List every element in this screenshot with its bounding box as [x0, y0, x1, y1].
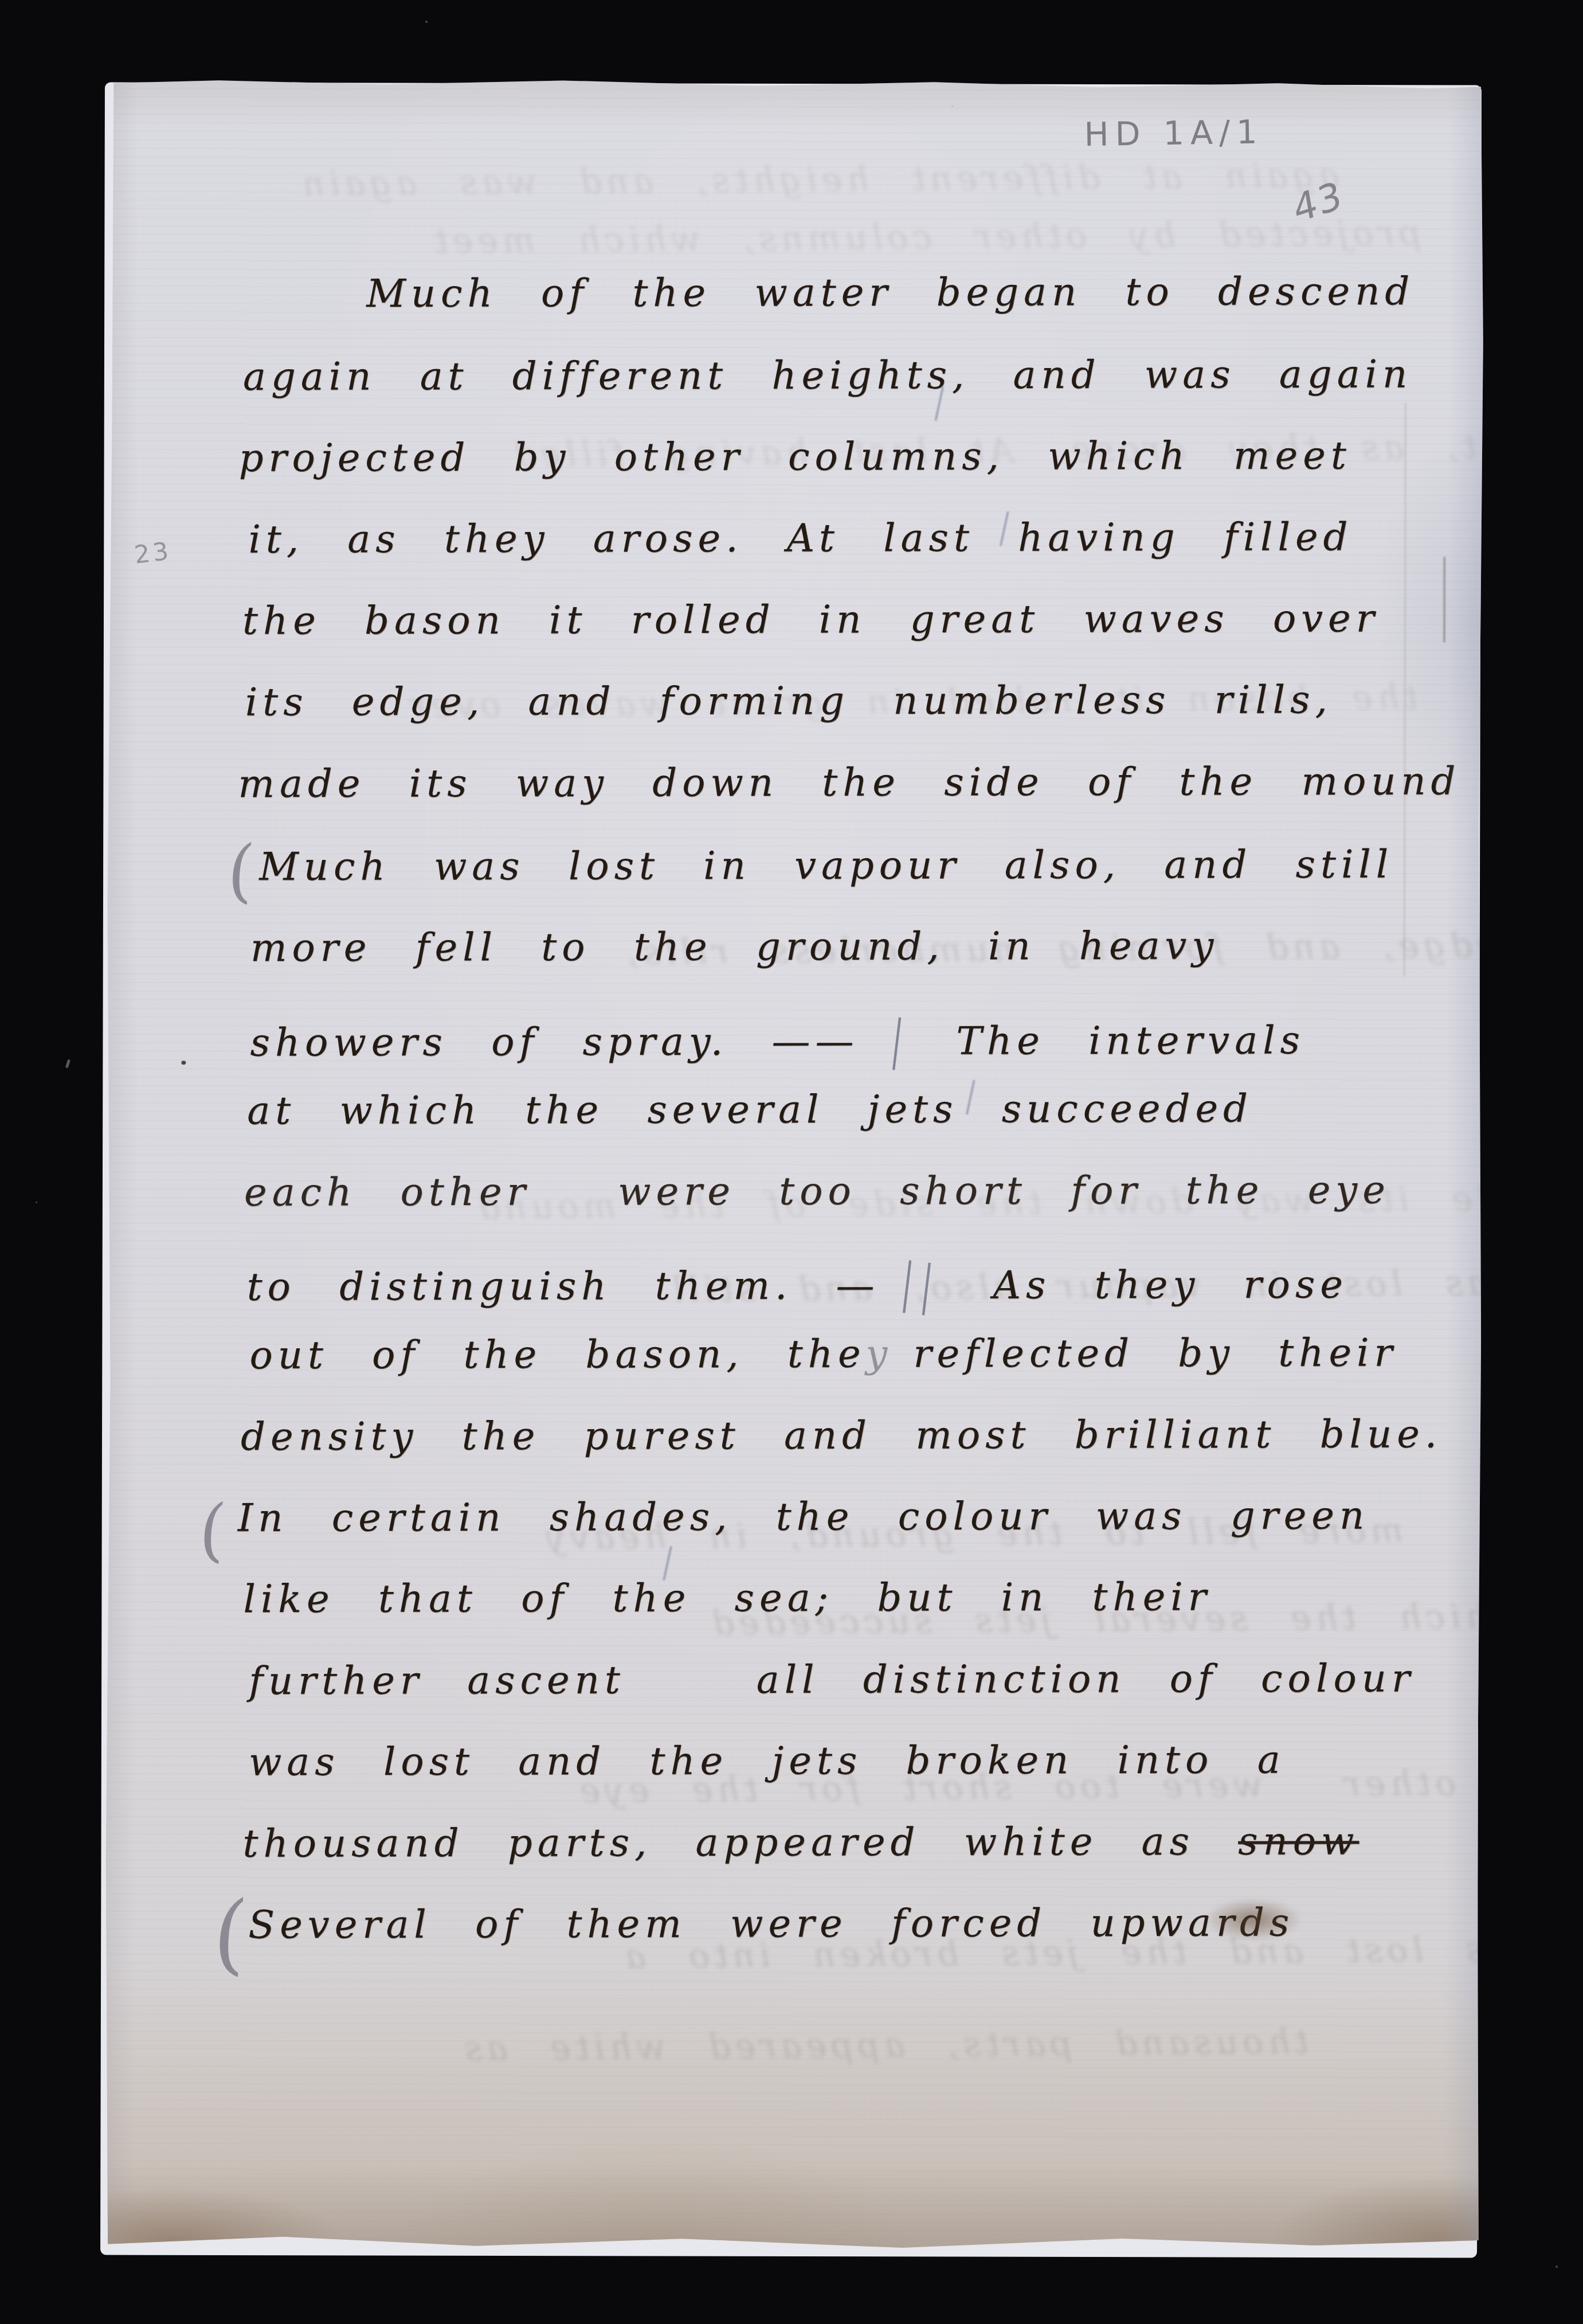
line-text: showers of spray. ——	[250, 1019, 859, 1065]
manuscript-line-14: out of the bason, theyreflected by their	[249, 1330, 1397, 1378]
line-text: Much was lost in vapour also, and still	[259, 842, 1393, 889]
manuscript-line-8: (Much was lost in vapour also, and still	[259, 842, 1393, 889]
ghost-text: again at different heights, and was agai…	[297, 155, 1339, 204]
dust-speck	[1555, 2266, 1558, 2268]
struck-word: snow	[1238, 1818, 1359, 1863]
manuscript-line-20: thousand parts, appeared white as snow	[242, 1818, 1359, 1865]
pencil-paren-mark: (	[207, 1884, 253, 1987]
manuscript-line-13: to distinguish them. —||As they rose	[246, 1249, 1348, 1312]
manuscript-line-4: it, as they arose. At last having filled	[248, 514, 1353, 561]
manuscript-paper: again at different heights, and was agai…	[104, 79, 1484, 2251]
line-text: In certain shades, the colour was green	[238, 1493, 1370, 1540]
manuscript-line-7: made its way down the side of the mound	[238, 758, 1460, 806]
manuscript-line-17: like that of the sea; but in their	[243, 1574, 1211, 1621]
line-text: out of the bason, the	[249, 1331, 865, 1377]
pencil-bar-mark: |	[884, 1008, 911, 1071]
manuscript-line-5: the bason it rolled in great waves over	[242, 596, 1380, 643]
dust-speck	[36, 1202, 37, 1203]
line-text: Several of them were forced	[248, 1900, 1090, 1947]
pencil-paren-mark: (	[222, 831, 258, 913]
manuscript-line-21: (Several of them were forced upwards	[248, 1900, 1294, 1947]
line-text: to distinguish them. —	[247, 1263, 880, 1309]
pencil-double-bar-mark: ||	[895, 1251, 941, 1316]
pencil-paren-mark: (	[194, 1490, 230, 1572]
dust-fiber	[65, 1059, 70, 1069]
edge-crack	[1443, 557, 1445, 643]
manuscript-line-9: more fell to the ground, in heavy	[250, 923, 1219, 970]
manuscript-line-16: (In certain shades, the colour was green	[238, 1493, 1370, 1540]
photograph-background: { "document": { "kind": "handwritten man…	[0, 0, 1583, 2324]
reference-code-annotation: HD 1A/1	[1084, 113, 1264, 154]
manuscript-line-1: Much of the water began to descend	[366, 269, 1414, 316]
pencil-y-mark: y	[865, 1331, 892, 1376]
line-text: As they rose	[993, 1262, 1348, 1307]
ink-speck	[181, 1061, 186, 1065]
dust-speck	[425, 21, 428, 23]
manuscript-line-15: density the purest and most brilliant bl…	[241, 1411, 1442, 1459]
blotted-word: upwards	[1090, 1900, 1294, 1945]
line-text: thousand parts, appeared white as	[242, 1819, 1238, 1866]
manuscript-line-6: its edge, and forming numberless rills,	[245, 677, 1333, 724]
manuscript-line-18: further ascent all distinction of colour	[249, 1656, 1415, 1703]
margin-number-annotation: 23	[133, 537, 173, 569]
manuscript-line-3: projected by other columns, which meet	[239, 433, 1351, 480]
manuscript-line-19: was lost and the jets broken into a	[249, 1737, 1286, 1784]
line-text: reflected by their	[913, 1330, 1397, 1376]
dust-speck	[951, 105, 953, 107]
line-text: The intervals	[956, 1018, 1305, 1063]
manuscript-line-10: showers of spray. ——|The intervals	[250, 1004, 1305, 1068]
manuscript-line-11: at which the several jets succeeded	[247, 1086, 1253, 1133]
manuscript-line-12: each other were too short for the eye	[244, 1167, 1390, 1215]
manuscript-line-2: again at different heights, and was agai…	[243, 351, 1412, 399]
ghost-text: thousand parts, appeared white as	[460, 2022, 1309, 2069]
ghost-text: projected by other columns, which meet	[429, 213, 1421, 261]
